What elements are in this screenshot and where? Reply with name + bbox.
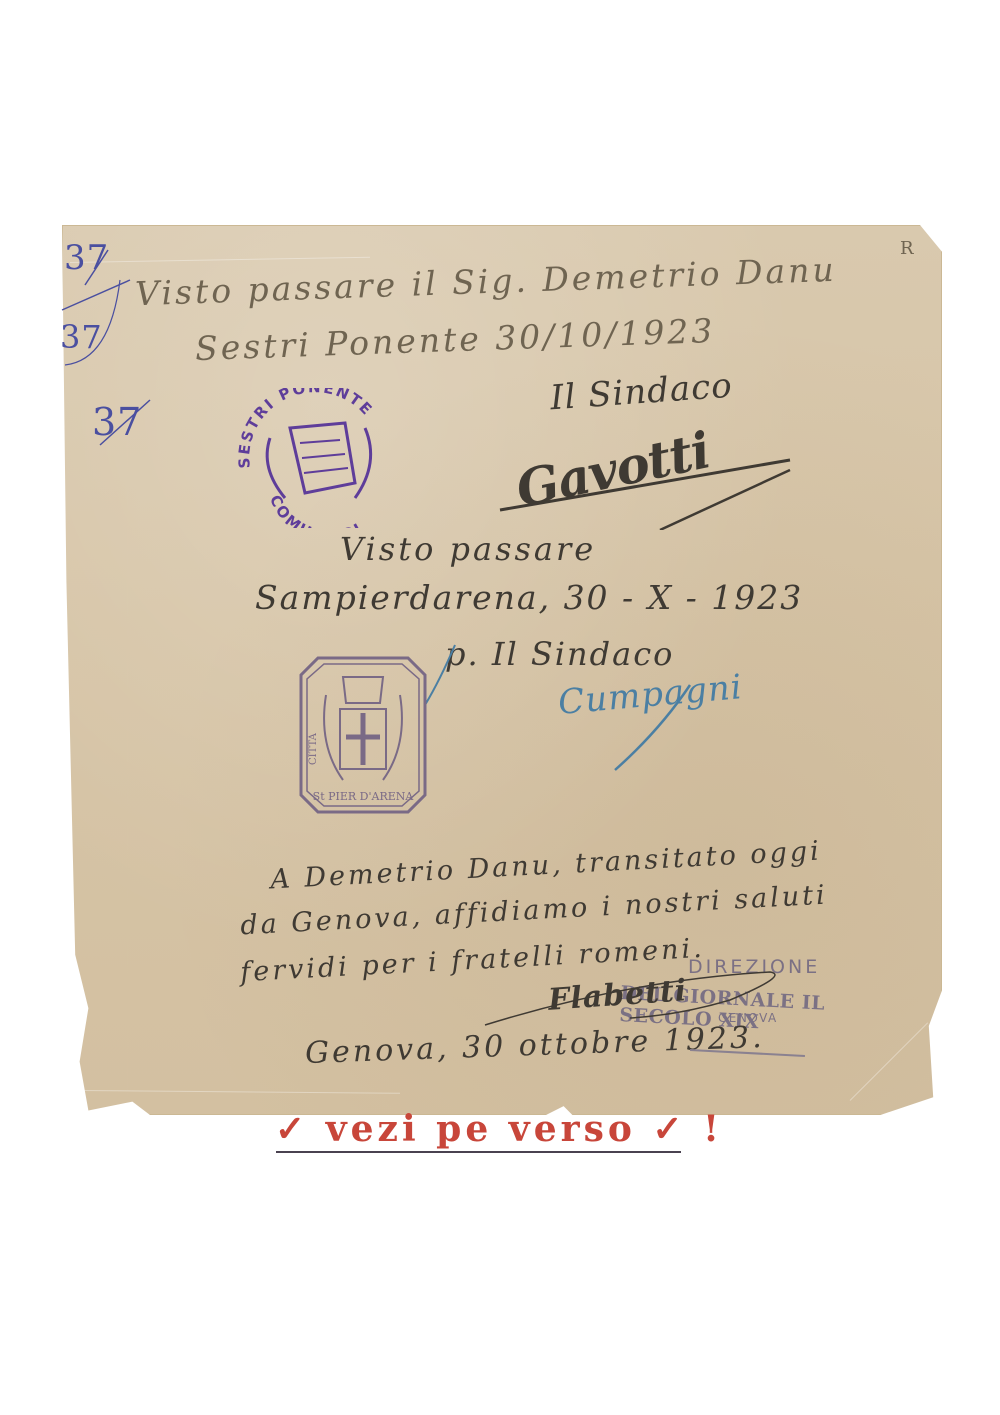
corner-mark: R [900, 238, 915, 259]
sampierdarena-line-2: Sampierdarena, 30 - X - 1923 [255, 578, 803, 617]
sampierdarena-stamp: St PIER D'ARENA CITTÀ [298, 655, 428, 815]
svg-text:COMUNE DI: COMUNE DI [266, 492, 366, 528]
svg-text:St PIER D'ARENA: St PIER D'ARENA [313, 790, 415, 803]
sestri-ponente-stamp: SESTRI PONENTE COMUNE DI [230, 388, 400, 528]
svg-text:CITTÀ: CITTÀ [307, 732, 319, 765]
signature-stroke-icon [420, 640, 700, 780]
sampierdarena-line-1: Visto passare [340, 530, 596, 568]
signature-flourish-icon [490, 430, 820, 530]
footer-note: ✓ vezi pe verso ✓ ! [275, 1108, 723, 1150]
footer-underline [276, 1151, 681, 1153]
